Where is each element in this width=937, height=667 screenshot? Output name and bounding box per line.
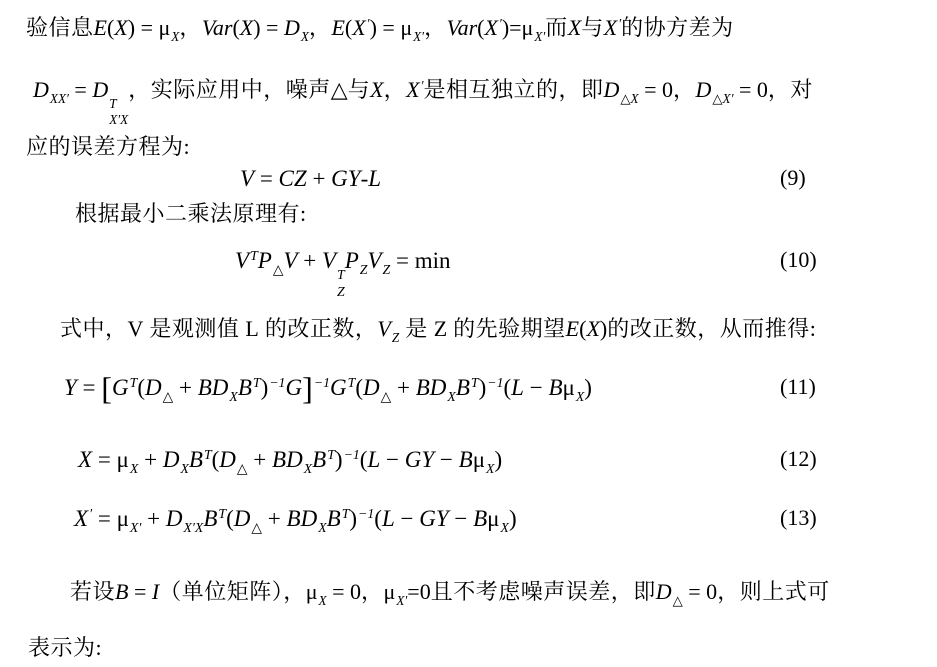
equation-13-formula: X′ = μX′ + DX′XBT(D△ + BDXBT)−1(L − GY −… [74, 502, 517, 538]
text-line-1: 验信息E(X) = μX，Var(X) = DX，E(X′) = μX′，Var… [0, 12, 937, 46]
text-line-7-content: 表示为: [28, 632, 102, 664]
text-line-6-content: 若设B = I（单位矩阵），μX = 0，μX′=0且不考虑噪声误差，即D△ =… [70, 576, 830, 610]
equation-11-number: (11) [780, 371, 816, 403]
equation-12-formula: X = μX + DXBT(D△ + BDXBT)−1(L − GY − BμX… [78, 443, 502, 479]
text-line-3: 应的误差方程为: [0, 131, 937, 163]
equation-13-number: (13) [780, 502, 817, 534]
equation-9-formula: V = CZ + GY-L [240, 162, 381, 195]
equation-11-formula: Y = [GT(D△ + BDXBT)−1G]−1GT(D△ + BDXBT)−… [64, 371, 592, 407]
text-line-1-content: 验信息E(X) = μX，Var(X) = DX，E(X′) = μX′，Var… [26, 12, 734, 46]
equation-10-number: (10) [780, 244, 817, 276]
equation-11: Y = [GT(D△ + BDXBT)−1G]−1GT(D△ + BDXBT)−… [0, 371, 937, 407]
equation-9: V = CZ + GY-L (9) [0, 162, 937, 195]
equation-13: X′ = μX′ + DX′XBT(D△ + BDXBT)−1(L − GY −… [0, 502, 937, 538]
text-line-3-content: 应的误差方程为: [26, 131, 190, 163]
text-line-5-content: 式中，V 是观测值 L 的改正数，VZ 是 Z 的先验期望E(X)的改正数，从而… [60, 313, 816, 347]
equation-12: X = μX + DXBT(D△ + BDXBT)−1(L − GY − BμX… [0, 443, 937, 479]
equation-10-formula: VTP△V + VTZPZVZ = min [235, 244, 451, 301]
text-line-2-content: DXX′ = DTX′X，实际应用中，噪声△与X，X′是相互独立的，即D△X =… [33, 74, 813, 129]
text-line-4: 根据最小二乘法原理有: [0, 198, 937, 230]
document-page: 验信息E(X) = μX，Var(X) = DX，E(X′) = μX′，Var… [0, 0, 937, 667]
text-line-7: 表示为: [0, 632, 937, 664]
equation-10: VTP△V + VTZPZVZ = min (10) [0, 244, 937, 301]
text-line-4-content: 根据最小二乘法原理有: [75, 198, 307, 230]
text-line-5: 式中，V 是观测值 L 的改正数，VZ 是 Z 的先验期望E(X)的改正数，从而… [0, 313, 937, 347]
text-line-6: 若设B = I（单位矩阵），μX = 0，μX′=0且不考虑噪声误差，即D△ =… [0, 576, 937, 610]
equation-9-number: (9) [780, 162, 806, 194]
equation-12-number: (12) [780, 443, 817, 475]
text-line-2: DXX′ = DTX′X，实际应用中，噪声△与X，X′是相互独立的，即D△X =… [0, 74, 937, 129]
